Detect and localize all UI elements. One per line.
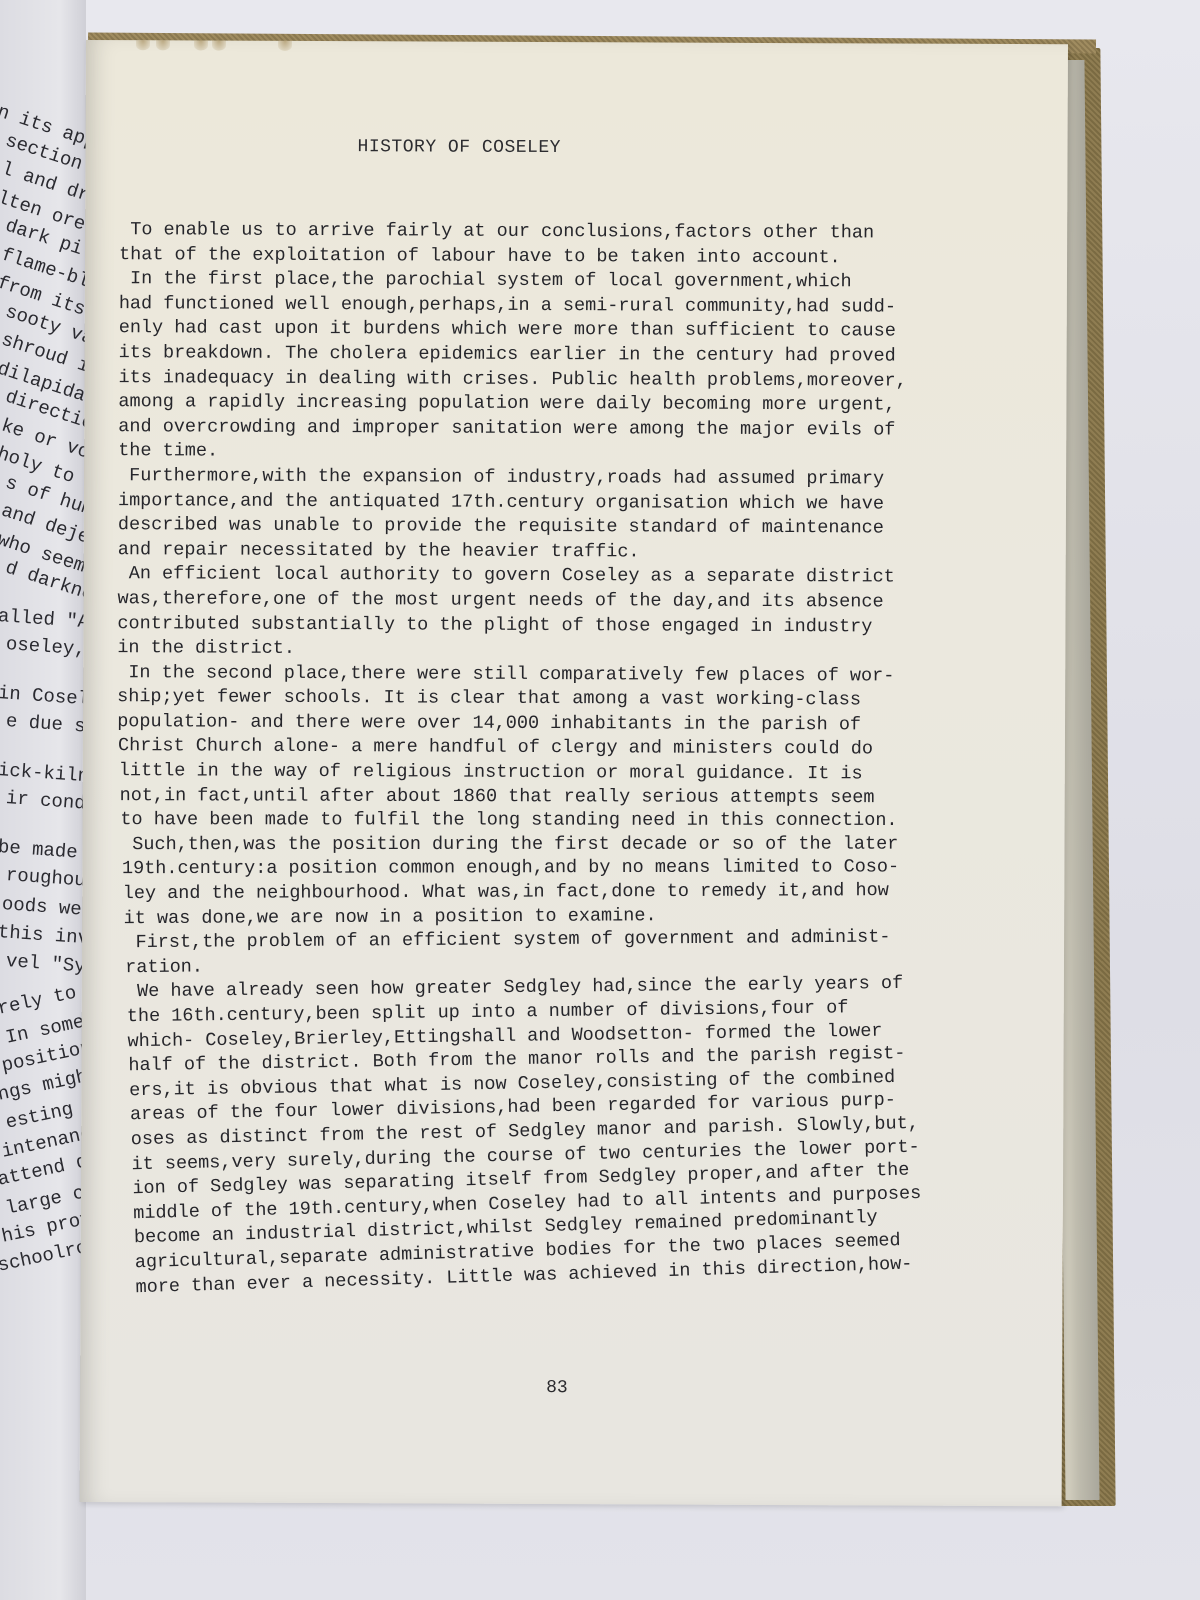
text-line: had functioned well enough,perhaps,in a … <box>119 292 999 320</box>
text-line: little in the way of religious instructi… <box>119 759 999 787</box>
text-line: among a rapidly increasing population we… <box>118 390 998 418</box>
text-line: in the district. <box>117 636 997 664</box>
facing-page-line: e due solely to <box>5 710 86 744</box>
text-line: To enable us to arrive fairly at our con… <box>119 218 999 246</box>
text-line: its breakdown. The cholera epidemics ear… <box>119 341 999 369</box>
text-line: to have been made to fulfil the long sta… <box>120 808 1000 834</box>
text-line: An efficient local authority to govern C… <box>118 562 998 590</box>
text-line: Christ Church alone- a mere handful of c… <box>118 735 998 763</box>
foxing-stain <box>136 40 150 50</box>
text-line: In the first place,the parochial system … <box>119 267 999 295</box>
text-line: population- and there were over 14,000 i… <box>117 710 997 738</box>
foxing-stain <box>212 41 226 51</box>
text-line: enly had cast upon it burdens which were… <box>119 317 999 345</box>
facing-page-line: ir condition w <box>5 787 86 820</box>
foxing-stain <box>156 40 170 50</box>
facing-page-line: vel "Sybil" con <box>5 950 86 984</box>
facing-page-line: ick-kilns and <box>0 759 86 791</box>
text-line: that of the exploitation of labour have … <box>119 243 999 271</box>
text-line: contributed substantially to the plight … <box>117 612 997 640</box>
facing-page-line: this invidious <box>0 921 86 954</box>
document-page: HISTORY OF COSELEY To enable us to arriv… <box>80 40 1068 1506</box>
text-line: In the second place,there were still com… <box>117 661 997 689</box>
text-line: not,in fact,until after about 1860 that … <box>120 784 1000 811</box>
facing-page-line: roughout a lar <box>5 864 86 897</box>
text-line: described was unable to provide the requ… <box>118 513 998 541</box>
text-line: importance,and the antiquated 17th.centu… <box>118 489 998 517</box>
text-line: the time. <box>118 439 998 467</box>
foxing-stain <box>194 40 208 50</box>
text-line: Such,then,was the position during the fi… <box>121 832 1001 857</box>
text-line: ship;yet fewer schools. It is clear that… <box>117 685 997 713</box>
page-number: 83 <box>546 1378 568 1398</box>
text-line: and overcrowding and improper sanitation… <box>118 415 998 443</box>
foxing-stain <box>278 41 292 51</box>
facing-page-line: oseley,the Rev. <box>5 633 86 667</box>
body-text: To enable us to arrive fairly at our con… <box>115 218 1000 1304</box>
text-line: its inadequacy in dealing with crises. P… <box>118 366 998 394</box>
facing-page: n its appearansection of thel and dreary… <box>0 0 86 1600</box>
text-line: was,therefore,one of the most urgent nee… <box>118 587 998 615</box>
facing-page-line: oods were pur <box>1 893 86 925</box>
running-title: HISTORY OF COSELEY <box>357 137 561 158</box>
text-line: Furthermore,with the expansion of indust… <box>118 464 998 492</box>
text-line: and repair necessitated by the heavier t… <box>118 538 998 566</box>
